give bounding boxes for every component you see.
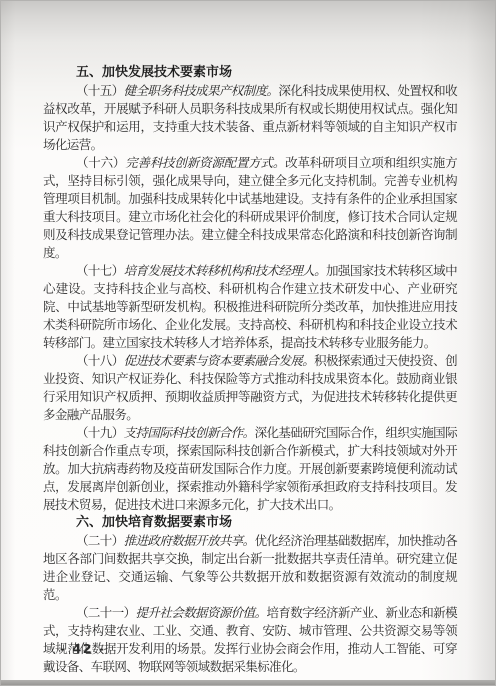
paragraph-number: （十九）	[76, 426, 124, 440]
paragraph-number: （十七）	[76, 264, 124, 278]
paragraph-lead: 支持国际科技创新合作。	[124, 426, 255, 440]
paragraph-lead: 推进政府数据开放共享。	[124, 534, 255, 548]
paragraph-number: （二十）	[76, 534, 124, 548]
paragraph-21: （二十一）提升社会数据资源价值。培育数字经济新产业、新业态和新模式，支持构建农业…	[43, 604, 457, 676]
paragraph-number: （二十一）	[76, 606, 136, 620]
paragraph-number: （十五）	[76, 84, 124, 98]
page-content: 五、加快发展技术要素市场 （十五）健全职务科技成果产权制度。深化科技成果使用权、…	[43, 64, 457, 676]
scan-bottom-edge	[1, 680, 495, 685]
paragraph-number: （十六）	[76, 156, 125, 170]
section-heading-5: 五、加快发展技术要素市场	[43, 64, 457, 82]
paragraph-18: （十八）促进技术要素与资本要素融合发展。积极探索通过天使投资、创业投资、知识产权…	[43, 352, 457, 424]
paragraph-body: 改革科研项目立项和组织实施方式，坚持目标引领，强化成果导向，建立健全多元化支持机…	[43, 156, 457, 260]
paragraph-lead: 健全职务科技成果产权制度。	[124, 84, 279, 98]
paragraph-lead: 提升社会数据资源价值。	[136, 606, 267, 620]
paragraph-lead: 培育发展技术转移机构和技术经理人。	[124, 264, 326, 278]
paragraph-lead: 完善科技创新资源配置方式。	[125, 156, 285, 170]
paragraph-16: （十六）完善科技创新资源配置方式。改革科研项目立项和组织实施方式，坚持目标引领，…	[43, 154, 457, 262]
page-number: - 42 -	[60, 641, 105, 656]
paragraph-lead: 促进技术要素与资本要素融合发展。	[124, 354, 315, 368]
paragraph-17: （十七）培育发展技术转移机构和技术经理人。加强国家技术转移区域中心建设。支持科技…	[43, 262, 457, 352]
paragraph-20: （二十）推进政府数据开放共享。优化经济治理基础数据库，加快推动各地区各部门间数据…	[43, 532, 457, 604]
section-heading-6: 六、加快培育数据要素市场	[43, 514, 457, 532]
paragraph-number: （十八）	[76, 354, 124, 368]
document-page: 五、加快发展技术要素市场 （十五）健全职务科技成果产权制度。深化科技成果使用权、…	[0, 0, 496, 686]
paragraph-15: （十五）健全职务科技成果产权制度。深化科技成果使用权、处置权和收益权改革，开展赋…	[43, 82, 457, 154]
paragraph-19: （十九）支持国际科技创新合作。深化基础研究国际合作，组织实施国际科技创新合作重点…	[43, 424, 457, 514]
